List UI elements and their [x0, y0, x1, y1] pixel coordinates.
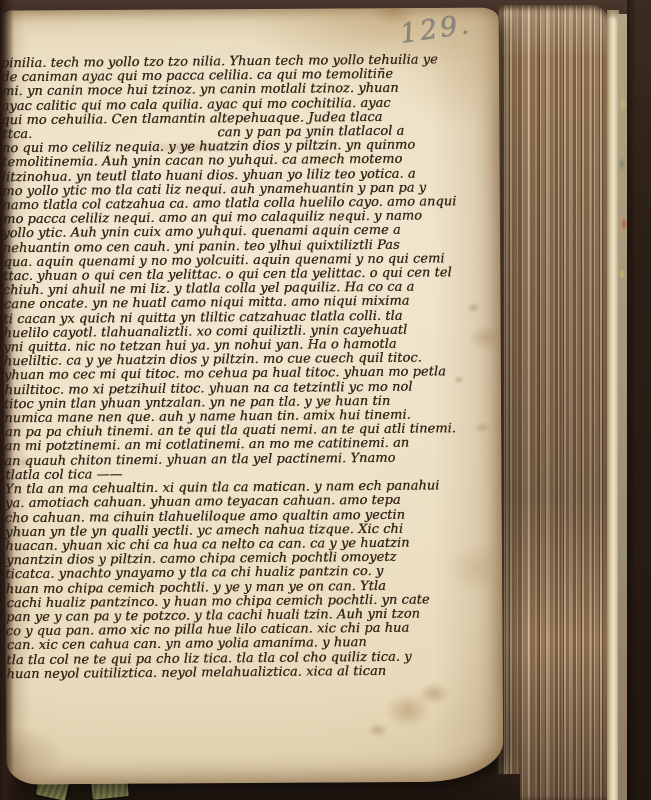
book-photograph: 129. pinilia. tech mo yollo tzo tzo nili… — [0, 0, 651, 800]
book-cover — [627, 0, 651, 800]
manuscript-page: 129. pinilia. tech mo yollo tzo tzo nili… — [2, 7, 504, 784]
book-fore-edge-pages — [497, 5, 611, 800]
manuscript-text-block: pinilia. tech mo yollo tzo tzo nilia. Yh… — [2, 53, 485, 682]
manuscript-line: huan neyol cuitiliztica. neyol melahuali… — [6, 664, 484, 682]
page-number: 129. — [398, 9, 474, 50]
